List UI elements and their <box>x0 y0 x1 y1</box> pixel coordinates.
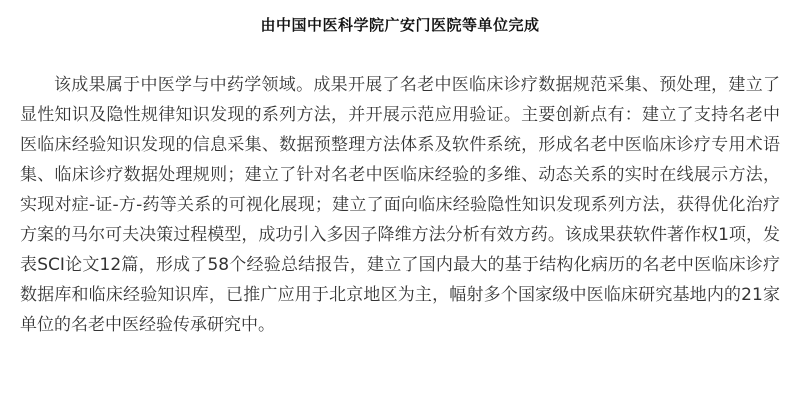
document-paragraph: 该成果属于中医学与中药学领域。成果开展了名老中医临床诊疗数据规范采集、预处理，建… <box>20 70 780 340</box>
document-page: 由中国中医科学院广安门医院等单位完成 该成果属于中医学与中药学领域。成果开展了名… <box>0 0 800 408</box>
document-title: 由中国中医科学院广安门医院等单位完成 <box>0 14 800 36</box>
